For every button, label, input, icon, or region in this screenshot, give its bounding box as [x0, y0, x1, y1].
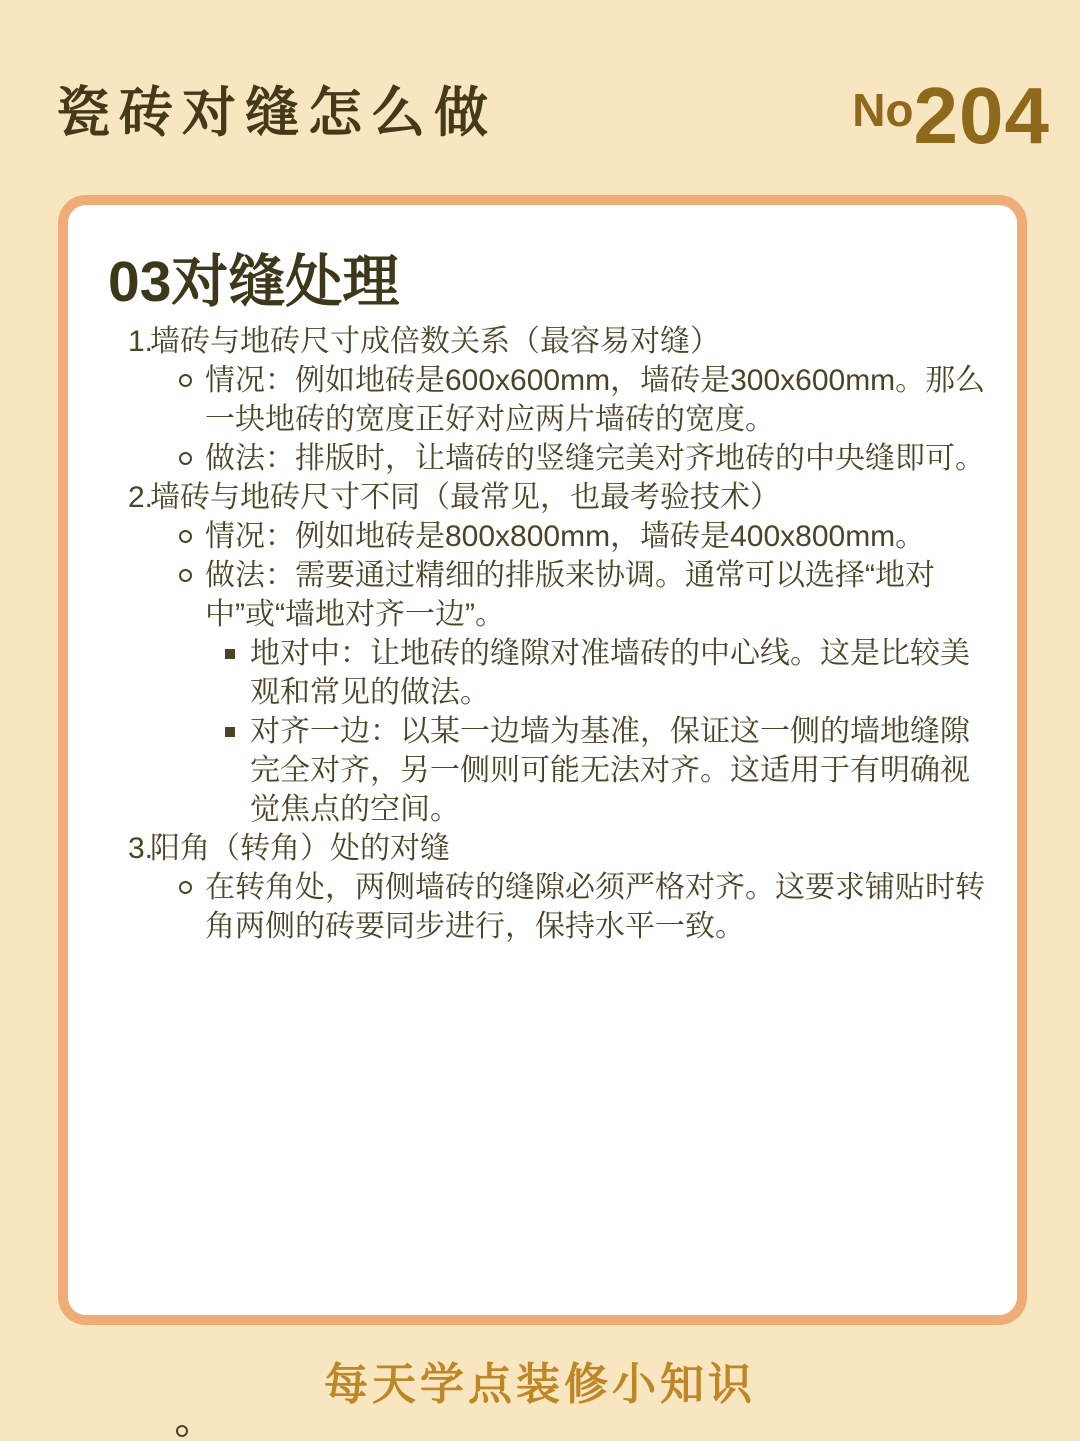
subitem-text: 在转角处，两侧墙砖的缝隙必须严格对齐。这要求铺贴时转角两侧的砖要同步进行，保持水…: [205, 868, 987, 946]
square-bullet-icon: [225, 649, 235, 659]
list-item-title: 阳角（转角）处的对缝: [150, 829, 1007, 868]
list-item-title: 墙砖与地砖尺寸成倍数关系（最容易对缝）: [150, 322, 1007, 361]
subitem-text: 情况：例如地砖是600x600mm，墙砖是300x600mm。那么一块地砖的宽度…: [205, 361, 987, 439]
subitem-text: 情况：例如地砖是800x800mm，墙砖是400x800mm。: [205, 517, 987, 556]
circle-bullet-icon: [179, 452, 192, 465]
list-subitem: 做法：需要通过精细的排版来协调。通常可以选择“地对中”或“墙地对齐一边”。: [68, 556, 1017, 634]
list-item-number: 2.: [128, 478, 153, 517]
square-bullet-icon: [225, 727, 235, 737]
cutoff-circle-bullet-icon: [176, 1425, 188, 1437]
list-item-3: 3. 阳角（转角）处的对缝: [68, 829, 1017, 868]
list-subitem: 做法：排版时，让墙砖的竖缝完美对齐地砖的中央缝即可。: [68, 439, 1017, 478]
subsubitem-text: 地对中：让地砖的缝隙对准墙砖的中心线。这是比较美观和常见的做法。: [250, 634, 987, 712]
subitem-text: 做法：排版时，让墙砖的竖缝完美对齐地砖的中央缝即可。: [205, 439, 987, 478]
issue-number: 204: [914, 76, 1050, 156]
page-title: 瓷砖对缝怎么做: [56, 82, 497, 144]
list-subitem: 情况：例如地砖是800x800mm，墙砖是400x800mm。: [68, 517, 1017, 556]
circle-bullet-icon: [179, 881, 192, 894]
list-item-number: 3.: [128, 829, 153, 868]
content-card: 03对缝处理 1. 墙砖与地砖尺寸成倍数关系（最容易对缝） 情况：例如地砖是60…: [58, 195, 1027, 1325]
footer-slogan: 每天学点装修小知识: [0, 1358, 1080, 1412]
circle-bullet-icon: [179, 569, 192, 582]
list-subitem: 情况：例如地砖是600x600mm，墙砖是300x600mm。那么一块地砖的宽度…: [68, 361, 1017, 439]
list-item-2: 2. 墙砖与地砖尺寸不同（最常见，也最考验技术）: [68, 478, 1017, 517]
subitem-text: 做法：需要通过精细的排版来协调。通常可以选择“地对中”或“墙地对齐一边”。: [205, 556, 987, 634]
list-item-title: 墙砖与地砖尺寸不同（最常见，也最考验技术）: [150, 478, 1007, 517]
circle-bullet-icon: [179, 374, 192, 387]
issue-badge: No 204: [852, 76, 1050, 156]
section-heading: 03对缝处理: [108, 249, 1017, 315]
circle-bullet-icon: [179, 530, 192, 543]
outline-list: 1. 墙砖与地砖尺寸成倍数关系（最容易对缝） 情况：例如地砖是600x600mm…: [68, 322, 1017, 946]
subsubitem-text: 对齐一边：以某一边墙为基准，保证这一侧的墙地缝隙完全对齐，另一侧则可能无法对齐。…: [250, 712, 987, 829]
list-item-1: 1. 墙砖与地砖尺寸成倍数关系（最容易对缝）: [68, 322, 1017, 361]
issue-prefix: No: [852, 87, 913, 133]
knowledge-card-page: 瓷砖对缝怎么做 No 204 03对缝处理 1. 墙砖与地砖尺寸成倍数关系（最容…: [0, 0, 1080, 1441]
list-item-number: 1.: [128, 322, 153, 361]
list-subitem: 在转角处，两侧墙砖的缝隙必须严格对齐。这要求铺贴时转角两侧的砖要同步进行，保持水…: [68, 868, 1017, 946]
list-subsubitem: 对齐一边：以某一边墙为基准，保证这一侧的墙地缝隙完全对齐，另一侧则可能无法对齐。…: [68, 712, 1017, 829]
list-subsubitem: 地对中：让地砖的缝隙对准墙砖的中心线。这是比较美观和常见的做法。: [68, 634, 1017, 712]
